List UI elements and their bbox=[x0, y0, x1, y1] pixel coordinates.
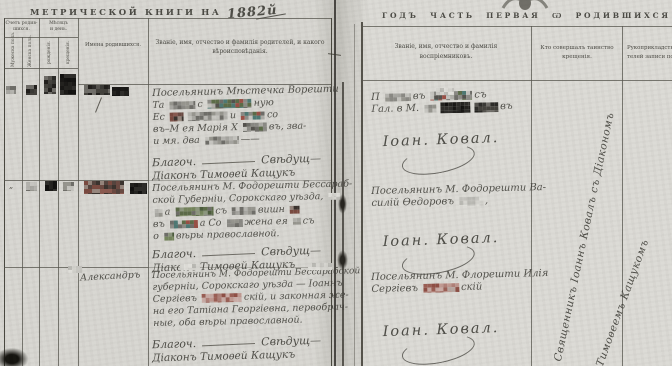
parents-entry-text: Посельянинъ Мѣстечка ВорештиТаснуюЕсисов… bbox=[152, 84, 331, 148]
header-line: крещенія. bbox=[534, 53, 620, 62]
header-line: Званіе, имя, отчество и фамилія родителе… bbox=[154, 38, 326, 47]
book-title-text: МЕТРИЧЕСКОЙ КНИГИ НА bbox=[30, 8, 221, 18]
header-line: телей записи по ж bbox=[627, 53, 672, 62]
header-count-group: Счетъ родив- шихся. bbox=[4, 21, 39, 33]
handwritten-fragment: жена ея bbox=[244, 216, 288, 228]
column-rule bbox=[78, 18, 79, 366]
redaction-patch bbox=[202, 293, 242, 303]
right-page-edge-line bbox=[354, 24, 355, 366]
header-godparents-column: Званіе, имя, отчество и фамилія воспріем… bbox=[371, 42, 521, 62]
redaction-patch bbox=[459, 196, 483, 206]
redaction-patch bbox=[170, 112, 184, 121]
redaction-patch bbox=[63, 182, 74, 191]
handwritten-line: Гал. в М.въ bbox=[371, 100, 529, 116]
table-top-rule bbox=[4, 18, 331, 19]
header-parents-column: Званіе, имя, отчество и фамилія родителе… bbox=[154, 38, 326, 56]
redaction-patch bbox=[293, 218, 301, 225]
ditto-mark: „ bbox=[9, 181, 13, 190]
handwritten-fragment: въ, зва- bbox=[269, 121, 307, 133]
header-rule bbox=[4, 68, 78, 69]
column-rule bbox=[531, 26, 532, 366]
godparents-entry-record-2: Посельянинъ М. Фодорешти Ва-силій Ѳедоро… bbox=[371, 186, 529, 272]
redaction-patch bbox=[68, 266, 82, 273]
redaction-patch bbox=[243, 122, 267, 132]
redaction-patch bbox=[175, 207, 213, 217]
handwritten-fragment: вишн bbox=[258, 204, 285, 216]
redaction-patch bbox=[130, 183, 147, 194]
handwritten-fragment: —— bbox=[241, 134, 260, 145]
parents-entry-text: Посельянинъ М. Фодорешти Бессараб-ской Г… bbox=[152, 179, 331, 243]
redaction-patch bbox=[170, 219, 198, 228]
godparents-entry-text: Посельянинъ М. Флорешти ИліяСергіевъскій bbox=[371, 268, 530, 296]
parents-entry-text: Посельянинъ М. Фодорешти Бессарабскойгуб… bbox=[152, 266, 331, 330]
redaction-patch bbox=[385, 93, 411, 102]
header-signatures-column: Рукоприкладство телей записи по ж bbox=[627, 44, 672, 62]
pen-stroke bbox=[95, 97, 102, 112]
redaction-patch bbox=[112, 87, 129, 96]
header-line: вѣроисповѣданія. bbox=[154, 47, 326, 56]
column-rule bbox=[22, 37, 23, 366]
header-date-group: Мѣсяцъ и день. bbox=[39, 21, 78, 33]
redaction-patch bbox=[84, 85, 110, 95]
header-line: и день. bbox=[39, 27, 78, 33]
handwritten-fragment: а bbox=[165, 207, 171, 218]
handwritten-fragment: въ–М ея Марія Х bbox=[153, 122, 238, 135]
handwritten-fragment: въ bbox=[153, 219, 165, 230]
header-baptism-column: крещенія. bbox=[60, 38, 78, 67]
row-rule bbox=[4, 180, 148, 181]
parents-entry-record-1: Посельянинъ Мѣстечка ВорештиТаснуюЕсисов… bbox=[152, 88, 330, 180]
redaction-patch bbox=[208, 99, 252, 109]
redaction-patch bbox=[6, 86, 16, 94]
redaction-patch bbox=[164, 232, 174, 240]
redaction-patch bbox=[26, 85, 37, 95]
handwritten-fragment: Сергіевъ bbox=[153, 293, 198, 305]
right-page-title: ГОДЪ ЧАСТЬ ПЕРВАЯ Ѡ РОДИВШИХСЯ bbox=[382, 11, 671, 20]
handwritten-fragment: , bbox=[485, 195, 488, 206]
handwritten-fragment: силій Ѳедоровъ bbox=[371, 196, 454, 209]
table-top-rule bbox=[361, 26, 672, 27]
redaction-patch bbox=[44, 76, 56, 94]
redaction-patch bbox=[423, 283, 459, 293]
handwritten-fragment: въ bbox=[500, 101, 513, 112]
handwritten-year: 1882й bbox=[227, 3, 279, 22]
handwritten-fragment: о bbox=[153, 231, 159, 242]
godparents-entry-record-1: ПвъсъГал. в М.въ Іоан. Ковал. bbox=[371, 92, 529, 172]
right-page-edge-line bbox=[361, 22, 363, 366]
clergy-right-word: Свѣдущ— bbox=[261, 152, 321, 167]
table-border bbox=[4, 18, 5, 366]
handwritten-fragment: въ bbox=[413, 91, 426, 102]
priest-signature: Іоан. Ковал. bbox=[378, 316, 509, 365]
handwritten-fragment: и мя. два bbox=[153, 135, 200, 147]
redaction-patch bbox=[205, 136, 239, 145]
clergy-left-word: Благоч. bbox=[152, 337, 196, 351]
header-line: шихся. bbox=[4, 27, 39, 33]
handwritten-fragment: Сергіевъ bbox=[371, 283, 418, 295]
column-rule bbox=[148, 18, 149, 366]
redaction-patch bbox=[328, 193, 340, 200]
header-male-column: Мужеска пола. bbox=[5, 38, 22, 67]
corner-stain bbox=[0, 344, 34, 366]
handwritten-fragment: ную bbox=[254, 97, 274, 108]
column-rule bbox=[39, 18, 40, 366]
handwritten-fragment: съ bbox=[215, 205, 227, 216]
redaction-patch bbox=[26, 182, 37, 191]
redaction-patch bbox=[241, 111, 265, 120]
header-female-column: Женска пола. bbox=[23, 38, 39, 67]
header-names-column: Имена родившихся. bbox=[80, 42, 146, 49]
clergy-right-word: Свѣдущ— bbox=[261, 334, 321, 349]
header-bottom-rule bbox=[361, 80, 672, 81]
header-line: Званіе, имя, отчество и фамилія bbox=[371, 42, 521, 52]
redaction-patch bbox=[308, 263, 332, 270]
redaction-patch bbox=[440, 102, 470, 114]
clergy-left-word: Благоч. bbox=[152, 247, 196, 261]
redaction-patch bbox=[60, 74, 76, 95]
clergy-right-word: Свѣдущ— bbox=[261, 244, 321, 259]
handwritten-fragment: съ bbox=[474, 89, 487, 100]
header-officiant-column: Кто совершалъ таинство крещенія. bbox=[534, 44, 620, 62]
redaction-patch bbox=[474, 102, 498, 113]
left-page-title: МЕТРИЧЕСКОЙ КНИГИ НА1882й bbox=[30, 4, 278, 19]
handwritten-line: Сергіевъскій bbox=[371, 280, 529, 296]
redaction-patch bbox=[226, 218, 242, 226]
handwritten-fragment: с bbox=[197, 99, 203, 110]
handwritten-fragment: ные, оба вѣры православной. bbox=[153, 315, 303, 329]
handwritten-fragment: Та bbox=[152, 100, 164, 111]
gutter-seam-line bbox=[342, 82, 344, 366]
clergy-left-word: Благоч. bbox=[152, 155, 196, 169]
handwritten-fragment: а Со bbox=[200, 217, 222, 228]
header-line: Рукоприкладство bbox=[627, 44, 672, 53]
column-rule bbox=[58, 37, 59, 366]
godparents-entry-text: Посельянинъ М. Фодорешти Ва-силій Ѳедоро… bbox=[371, 182, 530, 210]
handwritten-fragment: вѣры православной. bbox=[176, 228, 280, 241]
redaction-patch bbox=[232, 206, 256, 215]
redaction-patch bbox=[84, 181, 124, 194]
scanned-metrical-book-spread: МЕТРИЧЕСКОЙ КНИГИ НА1882й ГОДЪ ЧАСТЬ ПЕР… bbox=[0, 0, 672, 366]
handwritten-fragment: со bbox=[267, 109, 278, 120]
handwritten-fragment: Гал. в М. bbox=[371, 103, 419, 115]
redaction-patch bbox=[45, 181, 57, 191]
priest-signature: Іоан. Ковал. bbox=[378, 226, 509, 275]
handwritten-fragment: скій bbox=[461, 281, 482, 292]
handwritten-line: силій Ѳедоровъ, bbox=[371, 194, 529, 210]
child-name-entry: Александръ bbox=[80, 269, 141, 283]
redaction-patch bbox=[155, 208, 163, 216]
header-birth-column: рожденія. bbox=[41, 38, 58, 67]
header-line: воспріемниковъ. bbox=[371, 52, 521, 62]
redaction-patch bbox=[180, 264, 200, 270]
priest-signature: Іоан. Ковал. bbox=[378, 126, 509, 175]
redaction-patch bbox=[436, 88, 454, 95]
redaction-patch bbox=[424, 104, 436, 112]
handwritten-fragment: Ес bbox=[153, 112, 166, 123]
godparents-entry-record-3: Посельянинъ М. Флорешти ИліяСергіевъскій… bbox=[371, 272, 529, 362]
handwritten-fragment: П bbox=[371, 92, 380, 103]
handwritten-fragment: и bbox=[230, 110, 236, 121]
header-line: Кто совершалъ таинство bbox=[534, 44, 620, 53]
handwritten-fragment: съ bbox=[303, 215, 315, 226]
parents-entry-record-2: Посельянинъ М. Фодорешти Бессараб-ской Г… bbox=[152, 183, 330, 272]
parents-entry-record-3: Посельянинъ М. Фодорешти Бессарабскойгуб… bbox=[152, 270, 330, 362]
redaction-patch bbox=[290, 205, 300, 213]
redaction-patch bbox=[169, 101, 195, 110]
redaction-patch bbox=[188, 111, 228, 121]
